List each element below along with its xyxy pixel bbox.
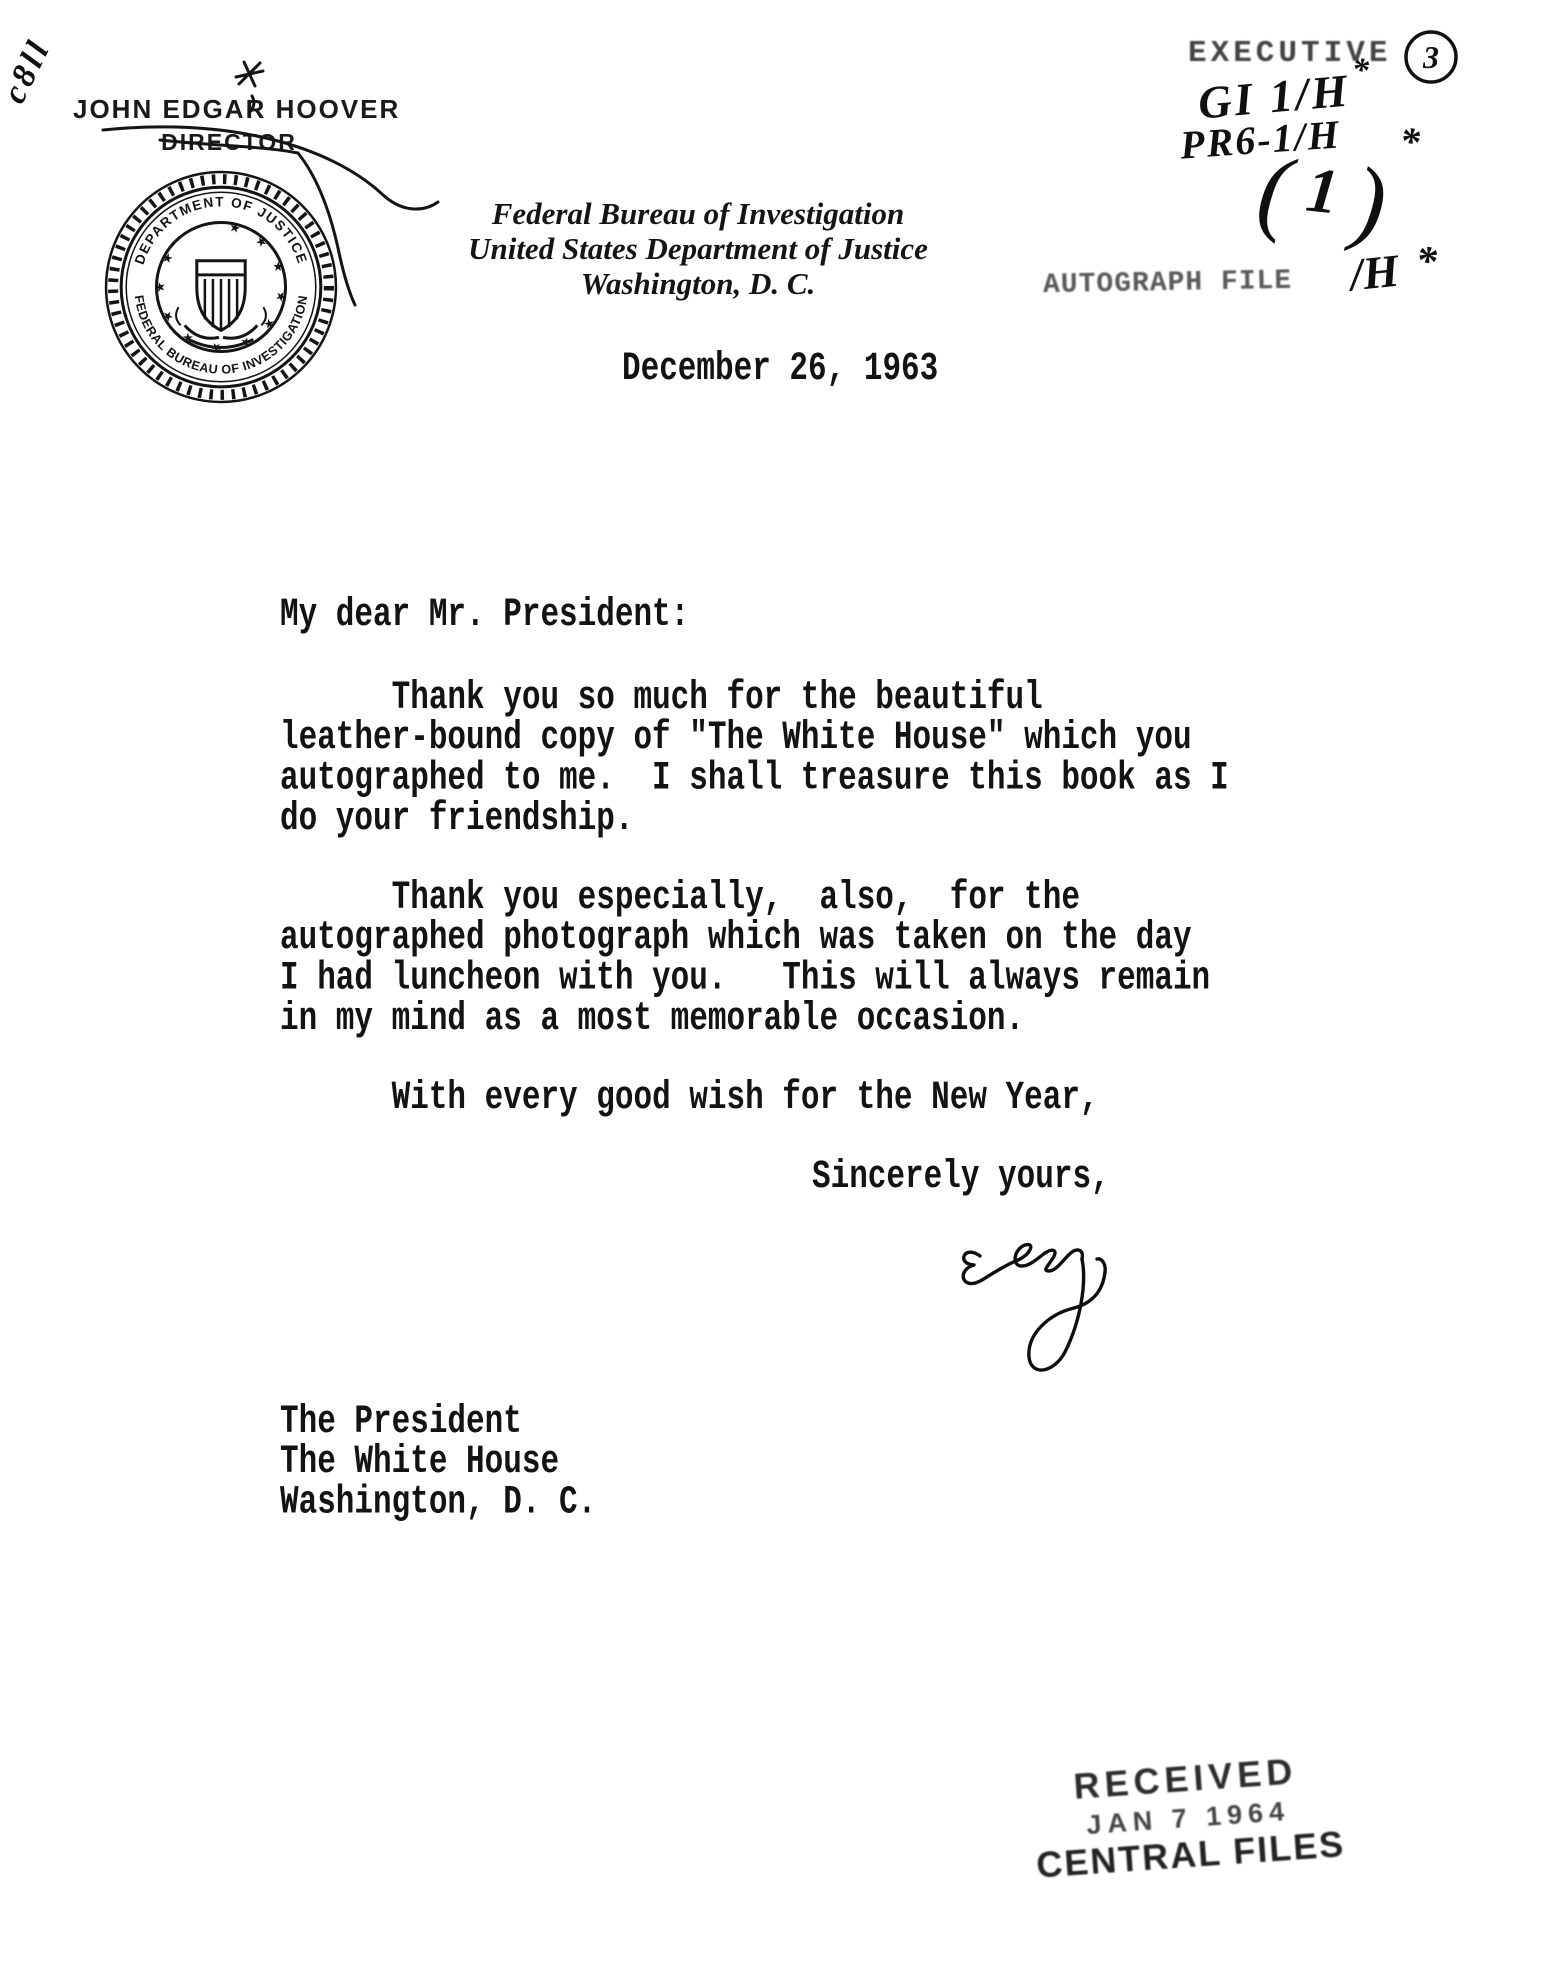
org-line-3: Washington, D. C.: [408, 266, 988, 301]
sender-name: JOHN EDGAR HOOVER: [73, 94, 385, 125]
circled-number-value: 3: [1422, 39, 1439, 75]
body-paragraph-2: Thank you especially, also, for the auto…: [280, 878, 1210, 1039]
org-line-2: United States Department of Justice: [408, 231, 988, 266]
signature-letters-stroke: [963, 1245, 1082, 1284]
sender-title: DIRECTOR: [73, 129, 385, 156]
big-number-close-paren: ): [1348, 146, 1391, 256]
circled-page-number: 3: [1400, 26, 1462, 88]
big-number-value: 1: [1303, 154, 1342, 228]
recipient-address: The President The White House Washington…: [280, 1402, 596, 1523]
body-paragraph-1: Thank you so much for the beautiful leat…: [280, 678, 1229, 839]
org-line-1: Federal Bureau of Investigation: [408, 196, 988, 231]
handwritten-asterisk: [236, 62, 263, 86]
routing-annotation-2-star: *: [1400, 118, 1420, 165]
scanned-letter-page: JOHN EDGAR HOOVER DIRECTOR c8ll DEPARTME…: [0, 0, 1551, 1967]
letterhead-sender-block: JOHN EDGAR HOOVER DIRECTOR: [73, 94, 385, 156]
routing-annotation-1-star: *: [1352, 52, 1369, 90]
autograph-handwritten-suffix: /H: [1347, 244, 1401, 302]
letter-date: December 26, 1963: [622, 349, 938, 389]
doj-fbi-seal: DEPARTMENT OF JUSTICE FEDERAL BUREAU OF …: [100, 166, 342, 408]
letterhead-org-block: Federal Bureau of Investigation United S…: [408, 196, 988, 301]
big-circled-one-annotation: ( 1 ): [1253, 134, 1392, 258]
autograph-handwritten-star: *: [1416, 238, 1437, 286]
autograph-file-stamp: AUTOGRAPH FILE: [1043, 266, 1293, 301]
closing-line: With every good wish for the New Year,: [280, 1078, 1099, 1118]
salutation: My dear Mr. President:: [280, 595, 689, 635]
signoff: Sincerely yours,: [812, 1157, 1110, 1197]
hoover-signature: [950, 1208, 1165, 1403]
received-stamp: RECEIVED JAN 7 1964 CENTRAL FILES: [1024, 1745, 1352, 1887]
signature-descender-loop: [1029, 1259, 1105, 1370]
handwritten-corner-code: c8ll: [0, 33, 59, 110]
